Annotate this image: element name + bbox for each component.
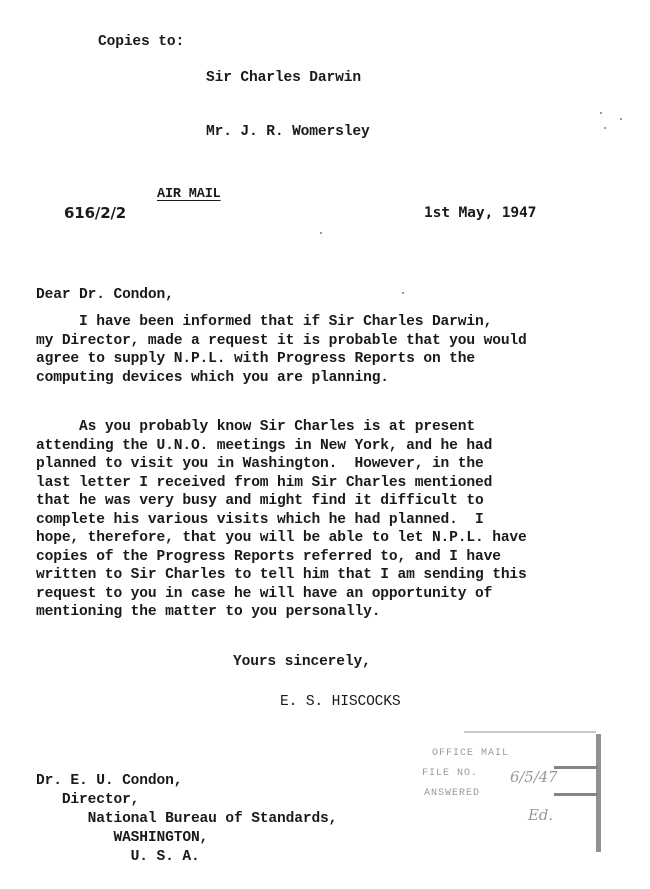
copies-recipient: Mr. J. R. Womersley bbox=[206, 123, 370, 141]
stamp-handwritten-initials: Ed. bbox=[528, 806, 553, 824]
body-line: copies of the Progress Reports referred … bbox=[36, 548, 636, 567]
address-line: WASHINGTON, bbox=[36, 829, 337, 848]
body-line: written to Sir Charles to tell him that … bbox=[36, 566, 636, 585]
letter-date: 1st May, 1947 bbox=[424, 204, 536, 222]
letter-page: Copies to: Sir Charles Darwin Mr. J. R. … bbox=[0, 0, 650, 889]
stamp-handwritten-date: 6/5/47 bbox=[510, 768, 557, 786]
body-line: my Director, made a request it is probab… bbox=[36, 332, 636, 351]
body-line: mentioning the matter to you personally. bbox=[36, 603, 636, 622]
scan-speck bbox=[402, 292, 404, 294]
salutation: Dear Dr. Condon, bbox=[36, 286, 174, 304]
body-line: hope, therefore, that you will be able t… bbox=[36, 529, 636, 548]
body-line: agree to supply N.P.L. with Progress Rep… bbox=[36, 350, 636, 369]
stamp-border bbox=[554, 766, 598, 769]
address-line: Dr. E. U. Condon, bbox=[36, 772, 337, 791]
copies-recipients: Sir Charles Darwin Mr. J. R. Womersley bbox=[206, 33, 370, 177]
air-mail-label: AIR MAIL bbox=[157, 186, 221, 204]
body-line: attending the U.N.O. meetings in New Yor… bbox=[36, 437, 636, 456]
scan-speck bbox=[620, 118, 622, 120]
body-line: request to you in case he will have an o… bbox=[36, 585, 636, 604]
scan-speck bbox=[320, 232, 322, 234]
address-line: Director, bbox=[36, 791, 337, 810]
recipient-address: Dr. E. U. Condon, Director, National Bur… bbox=[36, 772, 337, 867]
address-line: National Bureau of Standards, bbox=[36, 810, 337, 829]
body-line: complete his various visits which he had… bbox=[36, 511, 636, 530]
body-line: planned to visit you in Washington. Howe… bbox=[36, 455, 636, 474]
stamp-border bbox=[464, 731, 596, 733]
reference-number: 616/2/2 bbox=[64, 204, 126, 222]
body-paragraph-2: As you probably know Sir Charles is at p… bbox=[36, 418, 636, 622]
copies-label: Copies to: bbox=[98, 33, 184, 51]
received-stamp: OFFICE MAIL FILE NO. ANSWERED 6/5/47 Ed. bbox=[404, 728, 604, 856]
body-line: last letter I received from him Sir Char… bbox=[36, 474, 636, 493]
copies-recipient: Sir Charles Darwin bbox=[206, 69, 370, 87]
scan-speck bbox=[604, 127, 606, 129]
stamp-border bbox=[554, 793, 598, 796]
body-line: that he was very busy and might find it … bbox=[36, 492, 636, 511]
body-line: I have been informed that if Sir Charles… bbox=[36, 313, 636, 332]
body-line: computing devices which you are planning… bbox=[36, 369, 636, 388]
stamp-line: FILE NO. bbox=[422, 768, 478, 779]
address-line: U. S. A. bbox=[36, 848, 337, 867]
signature: E. S. HISCOCKS bbox=[280, 693, 401, 711]
body-line: As you probably know Sir Charles is at p… bbox=[36, 418, 636, 437]
stamp-line: OFFICE MAIL bbox=[432, 748, 509, 759]
scan-speck bbox=[600, 112, 602, 114]
body-paragraph-1: I have been informed that if Sir Charles… bbox=[36, 313, 636, 387]
closing: Yours sincerely, bbox=[233, 653, 371, 671]
stamp-line: ANSWERED bbox=[424, 788, 480, 799]
